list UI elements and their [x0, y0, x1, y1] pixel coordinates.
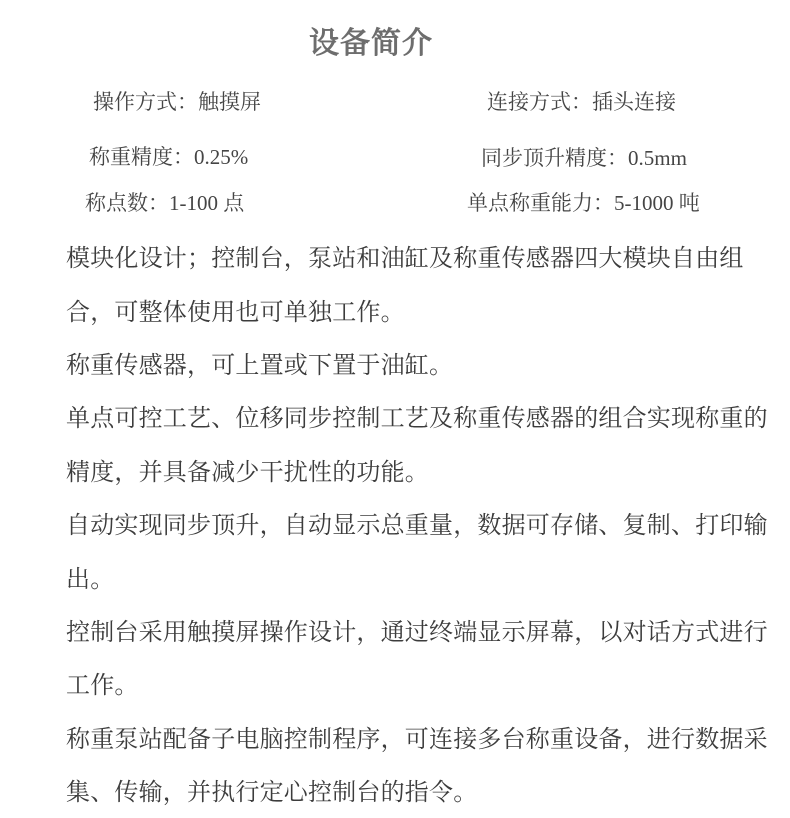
paragraph-line: 模块化设计；控制台，泵站和油缸及称重传感器四大模块自由组	[66, 229, 756, 282]
spec-sync-lift-accuracy: 同步顶升精度：0.5mm	[481, 142, 687, 172]
spec-single-point-capacity: 单点称重能力：5-1000 吨	[467, 187, 700, 217]
paragraph-line: 自动实现同步顶升，自动显示总重量，数据可存储、复制、打印输	[66, 496, 756, 549]
paragraph-line: 称重泵站配备子电脑控制程序，可连接多台称重设备，进行数据采	[66, 710, 756, 763]
paragraph-line: 单点可控工艺、位移同步控制工艺及称重传感器的组合实现称重的	[66, 389, 756, 442]
paragraph-line: 工作。	[66, 656, 756, 709]
paragraph-line: 出。	[66, 549, 756, 602]
paragraph-line: 称重传感器，可上置或下置于油缸。	[66, 336, 756, 389]
body-text: 模块化设计；控制台，泵站和油缸及称重传感器四大模块自由组 合，可整体使用也可单独…	[66, 229, 756, 816]
page-title: 设备简介	[0, 18, 742, 62]
spec-operation-mode: 操作方式：触摸屏	[93, 86, 261, 116]
paragraph-line: 集、传输，并执行定心控制台的指令。	[66, 763, 756, 816]
paragraph-line: 合，可整体使用也可单独工作。	[66, 282, 756, 335]
spec-connection-mode: 连接方式：插头连接	[487, 86, 676, 116]
paragraph-line: 控制台采用触摸屏操作设计，通过终端显示屏幕，以对话方式进行	[66, 603, 756, 656]
document-page: 设备简介 操作方式：触摸屏 连接方式：插头连接 称重精度：0.25% 同步顶升精…	[0, 0, 790, 818]
paragraph-line: 精度，并具备减少干扰性的功能。	[66, 443, 756, 496]
spec-point-count: 称点数：1-100 点	[85, 187, 244, 217]
spec-weighing-accuracy: 称重精度：0.25%	[89, 141, 248, 171]
